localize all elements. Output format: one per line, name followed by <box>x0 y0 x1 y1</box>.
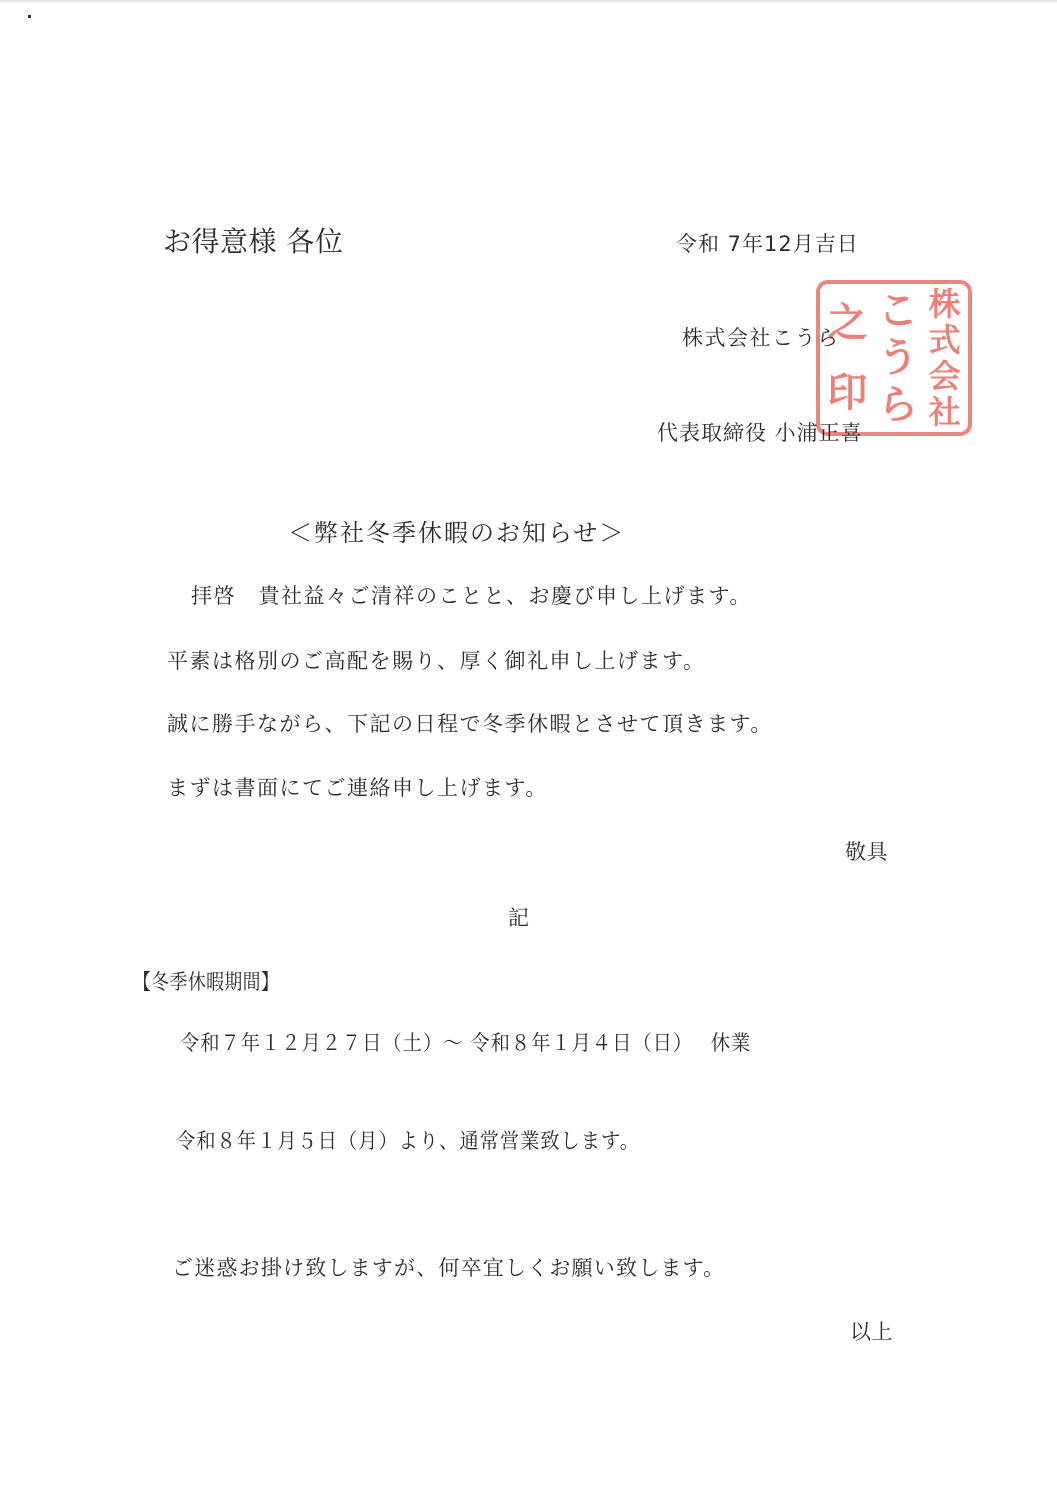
stamp-column-3: 之 印 <box>827 288 867 428</box>
holiday-period: 令和７年１２月２７日（土）～ 令和８年１月４日（日） 休業 <box>180 1027 751 1057</box>
body-paragraph-1: 拝啓 貴社益々ご清祥のことと、お慶び申し上げます。 <box>191 580 752 610</box>
body-paragraph-4: まずは書面にてご連絡申し上げます。 <box>167 772 548 802</box>
document-page: お得意様 各位 令和 7年12月吉日 株 式 会 社 こ う ら 之 印 株式会… <box>0 0 1057 1495</box>
scan-edge <box>0 0 1057 3</box>
company-seal-stamp: 株 式 会 社 こ う ら 之 印 <box>816 280 972 436</box>
sender-representative: 代表取締役 小浦正喜 <box>657 417 1057 447</box>
scan-speck <box>28 15 31 18</box>
details-heading: 記 <box>508 902 530 932</box>
stamp-column-2: こ う ら <box>878 288 918 428</box>
sender-company: 株式会社こうら <box>682 322 1057 352</box>
stamp-char: 会 <box>929 360 961 392</box>
document-date: 令和 7年12月吉日 <box>676 228 859 258</box>
stamp-char: 印 <box>827 373 867 413</box>
stamp-char: 株 <box>929 288 961 320</box>
business-resume-date: 令和８年１月５日（月）より、通常営業致します。 <box>176 1125 640 1155</box>
holiday-period-label: 【冬季休暇期間】 <box>133 966 279 996</box>
notice-title: ＜弊社冬季休暇のお知らせ＞ <box>288 513 625 548</box>
end-mark: 以上 <box>850 1316 893 1346</box>
addressee: お得意様 各位 <box>163 220 343 260</box>
stamp-column-1: 株 式 会 社 <box>929 288 961 428</box>
apology-text: ご迷惑お掛け致しますが、何卒宜しくお願い致します。 <box>172 1252 725 1282</box>
body-paragraph-3: 誠に勝手ながら、下記の日程で冬季休暇とさせて頂きます。 <box>167 708 773 738</box>
closing-keigu: 敬具 <box>845 836 888 866</box>
body-paragraph-2: 平素は格別のご高配を賜り、厚く御礼申し上げます。 <box>167 645 705 675</box>
